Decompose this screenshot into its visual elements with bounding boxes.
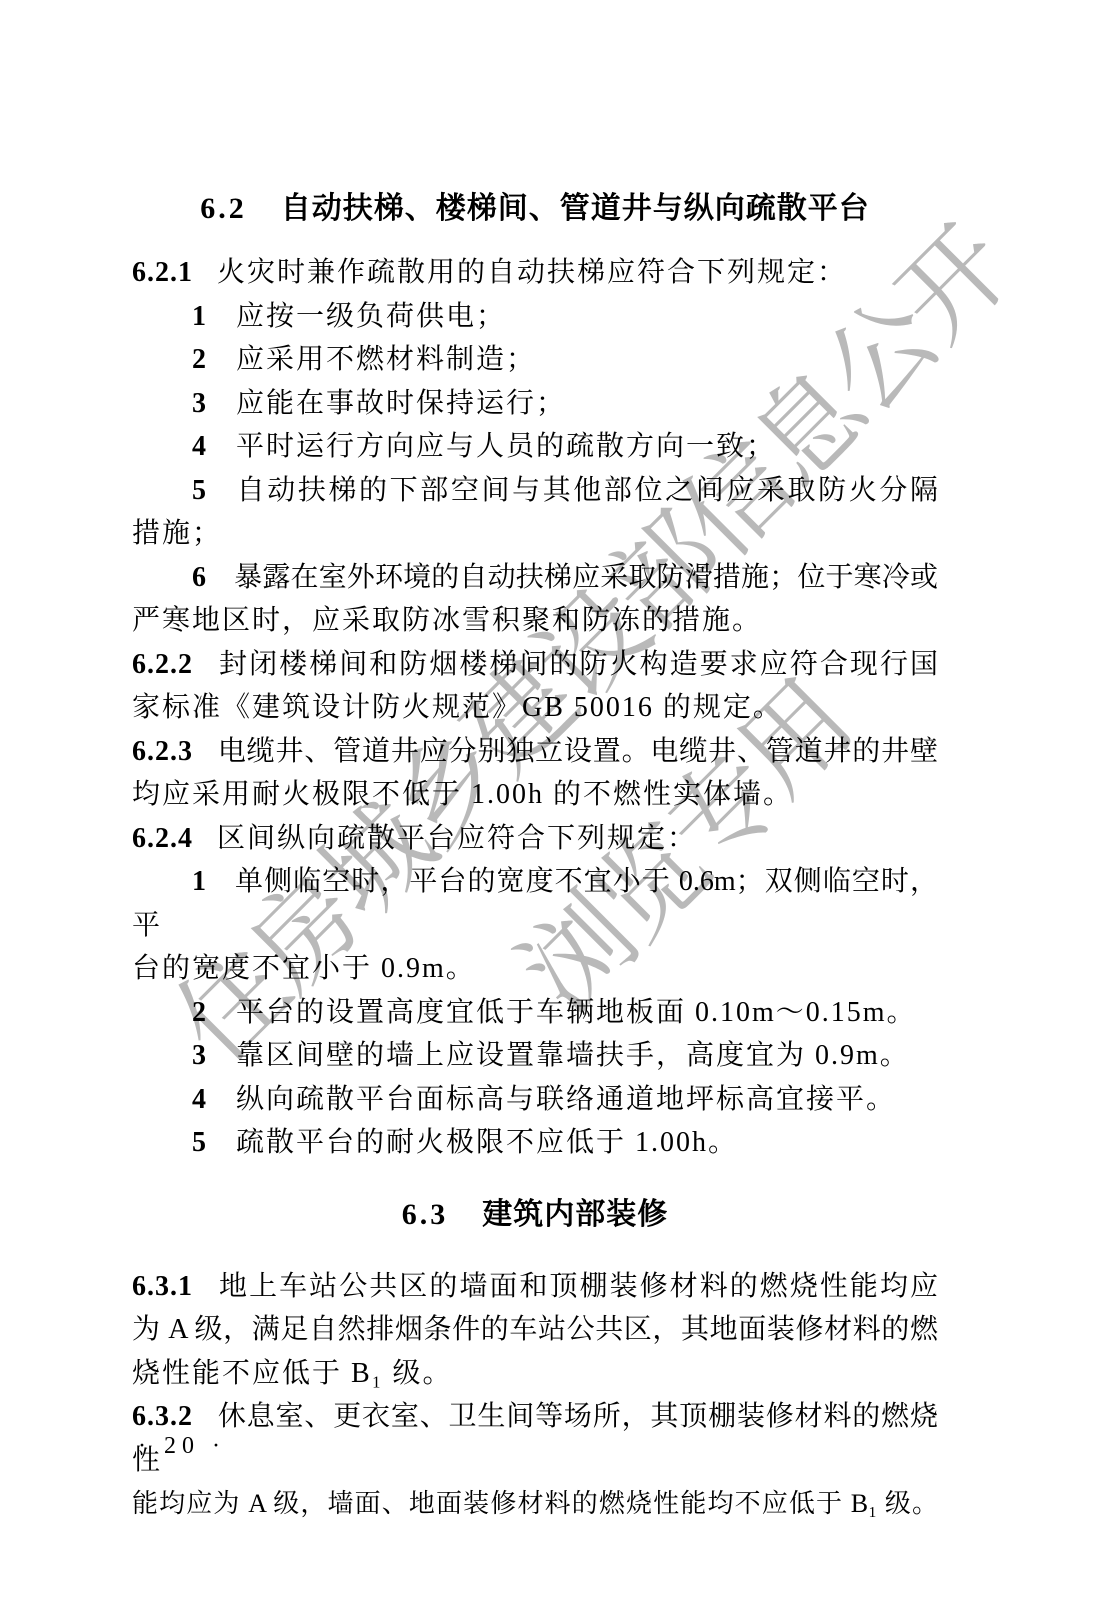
clause-text: 区间纵向疏散平台应符合下列规定： [217,823,697,854]
clause-text: 地上车站公共区的墙面和顶棚装修材料的燃烧性能均应 [217,1271,938,1302]
item-text: 纵向疏散平台面标高与联络通道地坪标高宜接平。 [236,1084,896,1115]
item-line: 4平时运行方向应与人员的疏散方向一致； [132,425,938,469]
item-line: 2平台的设置高度宜低于车辆地板面 0.10m～0.15m。 [132,991,938,1035]
section-title: 建筑内部装修 [482,1198,668,1231]
item-line: 3靠区间壁的墙上应设置靠墙扶手，高度宜为 0.9m。 [132,1034,938,1078]
item-number: 6 [192,562,206,593]
item-number: 2 [192,344,208,375]
item-line: 2应采用不燃材料制造； [132,338,938,382]
clause-line: 6.2.1火灾时兼作疏散用的自动扶梯应符合下列规定： [132,251,938,295]
item-text: 应采用不燃材料制造； [236,344,536,375]
page-body: 6.2自动扶梯、楼梯间、管道井与纵向疏散平台 6.2.1火灾时兼作疏散用的自动扶… [132,187,938,1526]
item-line: 1单侧临空时，平台的宽度不宜小于 0.6m；双侧临空时，平 [132,860,938,947]
item-line: 5疏散平台的耐火极限不应低于 1.00h。 [132,1121,938,1165]
item-number: 1 [192,866,206,897]
item-6-2-1-1: 1应按一级负荷供电； [132,295,938,339]
clause-text: 封闭楼梯间和防烟楼梯间的防火构造要求应符合现行国 [217,649,938,680]
item-6-2-1-2: 2应采用不燃材料制造； [132,338,938,382]
item-6-2-4-4: 4纵向疏散平台面标高与联络通道地坪标高宜接平。 [132,1078,938,1122]
item-line: 台的宽度不宜小于 0.9m。 [132,947,938,991]
clause-number: 6.3.1 [132,1271,193,1302]
clause-6-3-1: 6.3.1地上车站公共区的墙面和顶棚装修材料的燃烧性能均应 为 A 级，满足自然… [132,1265,938,1396]
clause-6-2-2: 6.2.2封闭楼梯间和防烟楼梯间的防火构造要求应符合现行国 家标准《建筑设计防火… [132,643,938,730]
item-number: 4 [192,431,208,462]
clause-line: 家标准《建筑设计防火规范》GB 50016 的规定。 [132,686,938,730]
clause-line: 6.3.2休息室、更衣室、卫生间等场所，其顶棚装修材料的燃烧性 [132,1395,938,1482]
clause-line: 6.2.2封闭楼梯间和防烟楼梯间的防火构造要求应符合现行国 [132,643,938,687]
item-number: 4 [192,1084,208,1115]
item-text: 应能在事故时保持运行； [236,388,566,419]
item-text: 自动扶梯的下部空间与其他部位之间应采取防火分隔 [234,475,938,506]
item-line: 5自动扶梯的下部空间与其他部位之间应采取防火分隔 [132,469,938,513]
clause-text: 火灾时兼作疏散用的自动扶梯应符合下列规定： [217,257,847,288]
clause-number: 6.2.4 [132,823,193,854]
clause-line: 为 A 级，满足自然排烟条件的车站公共区，其地面装修材料的燃 [132,1308,938,1352]
item-6-2-4-2: 2平台的设置高度宜低于车辆地板面 0.10m～0.15m。 [132,991,938,1035]
item-line: 1应按一级负荷供电； [132,295,938,339]
clause-6-3-2: 6.3.2休息室、更衣室、卫生间等场所，其顶棚装修材料的燃烧性 能均应为 A 级… [132,1395,938,1526]
item-text: 应按一级负荷供电； [236,301,506,332]
section-heading-6-2: 6.2自动扶梯、楼梯间、管道井与纵向疏散平台 [132,187,938,231]
item-number: 5 [192,475,206,506]
clause-number: 6.3.2 [132,1401,193,1432]
item-number: 1 [192,301,208,332]
item-6-2-1-6: 6暴露在室外环境的自动扶梯应采取防滑措施；位于寒冷或 严寒地区时，应采取防冰雪积… [132,556,938,643]
item-line: 3应能在事故时保持运行； [132,382,938,426]
item-text: 疏散平台的耐火极限不应低于 1.00h。 [236,1127,738,1158]
clause-line: 6.2.3电缆井、管道井应分别独立设置。电缆井、管道井的井壁 [132,730,938,774]
page-number: · 20 · [138,1431,226,1461]
item-text: 平台的设置高度宜低于车辆地板面 0.10m～0.15m。 [236,997,917,1028]
clause-6-2-4: 6.2.4区间纵向疏散平台应符合下列规定： [132,817,938,861]
clause-text: 电缆井、管道井应分别独立设置。电缆井、管道井的井壁 [217,736,938,767]
item-line: 6暴露在室外环境的自动扶梯应采取防滑措施；位于寒冷或 [132,556,938,600]
item-number: 3 [192,1040,208,1071]
item-6-2-4-5: 5疏散平台的耐火极限不应低于 1.00h。 [132,1121,938,1165]
item-6-2-1-3: 3应能在事故时保持运行； [132,382,938,426]
item-number: 2 [192,997,208,1028]
item-text: 靠区间壁的墙上应设置靠墙扶手，高度宜为 0.9m。 [236,1040,910,1071]
clause-line: 6.2.4区间纵向疏散平台应符合下列规定： [132,817,938,861]
item-6-2-1-5: 5自动扶梯的下部空间与其他部位之间应采取防火分隔 措施； [132,469,938,556]
clause-line: 6.3.1地上车站公共区的墙面和顶棚装修材料的燃烧性能均应 [132,1265,938,1309]
section-heading-6-3: 6.3建筑内部装修 [132,1193,938,1237]
clause-line: 能均应为 A 级，墙面、地面装修材料的燃烧性能均不应低于 B₁ 级。 [132,1482,938,1526]
item-line: 措施； [132,512,938,556]
clause-number: 6.2.2 [132,649,193,680]
document-page: 住房城乡建设部信息公开 浏览专用 6.2自动扶梯、楼梯间、管道井与纵向疏散平台 … [0,0,1102,1598]
clause-number: 6.2.1 [132,257,193,288]
item-number: 3 [192,388,208,419]
clause-line: 烧性能不应低于 B₁ 级。 [132,1352,938,1396]
item-text: 平时运行方向应与人员的疏散方向一致； [236,431,776,462]
item-text: 暴露在室外环境的自动扶梯应采取防滑措施；位于寒冷或 [234,562,938,593]
clause-number: 6.2.3 [132,736,193,767]
clause-text: 休息室、更衣室、卫生间等场所，其顶棚装修材料的燃烧性 [132,1401,938,1476]
section-number: 6.2 [200,192,247,225]
clause-6-2-1: 6.2.1火灾时兼作疏散用的自动扶梯应符合下列规定： [132,251,938,295]
item-6-2-4-3: 3靠区间壁的墙上应设置靠墙扶手，高度宜为 0.9m。 [132,1034,938,1078]
item-6-2-4-1: 1单侧临空时，平台的宽度不宜小于 0.6m；双侧临空时，平 台的宽度不宜小于 0… [132,860,938,991]
item-text: 单侧临空时，平台的宽度不宜小于 0.6m；双侧临空时，平 [132,866,938,941]
clause-line: 均应采用耐火极限不低于 1.00h 的不燃性实体墙。 [132,773,938,817]
section-number: 6.3 [402,1198,449,1231]
clause-6-2-3: 6.2.3电缆井、管道井应分别独立设置。电缆井、管道井的井壁 均应采用耐火极限不… [132,730,938,817]
item-number: 5 [192,1127,208,1158]
item-line: 4纵向疏散平台面标高与联络通道地坪标高宜接平。 [132,1078,938,1122]
item-line: 严寒地区时，应采取防冰雪积聚和防冻的措施。 [132,599,938,643]
item-6-2-1-4: 4平时运行方向应与人员的疏散方向一致； [132,425,938,469]
section-title: 自动扶梯、楼梯间、管道井与纵向疏散平台 [281,192,870,225]
